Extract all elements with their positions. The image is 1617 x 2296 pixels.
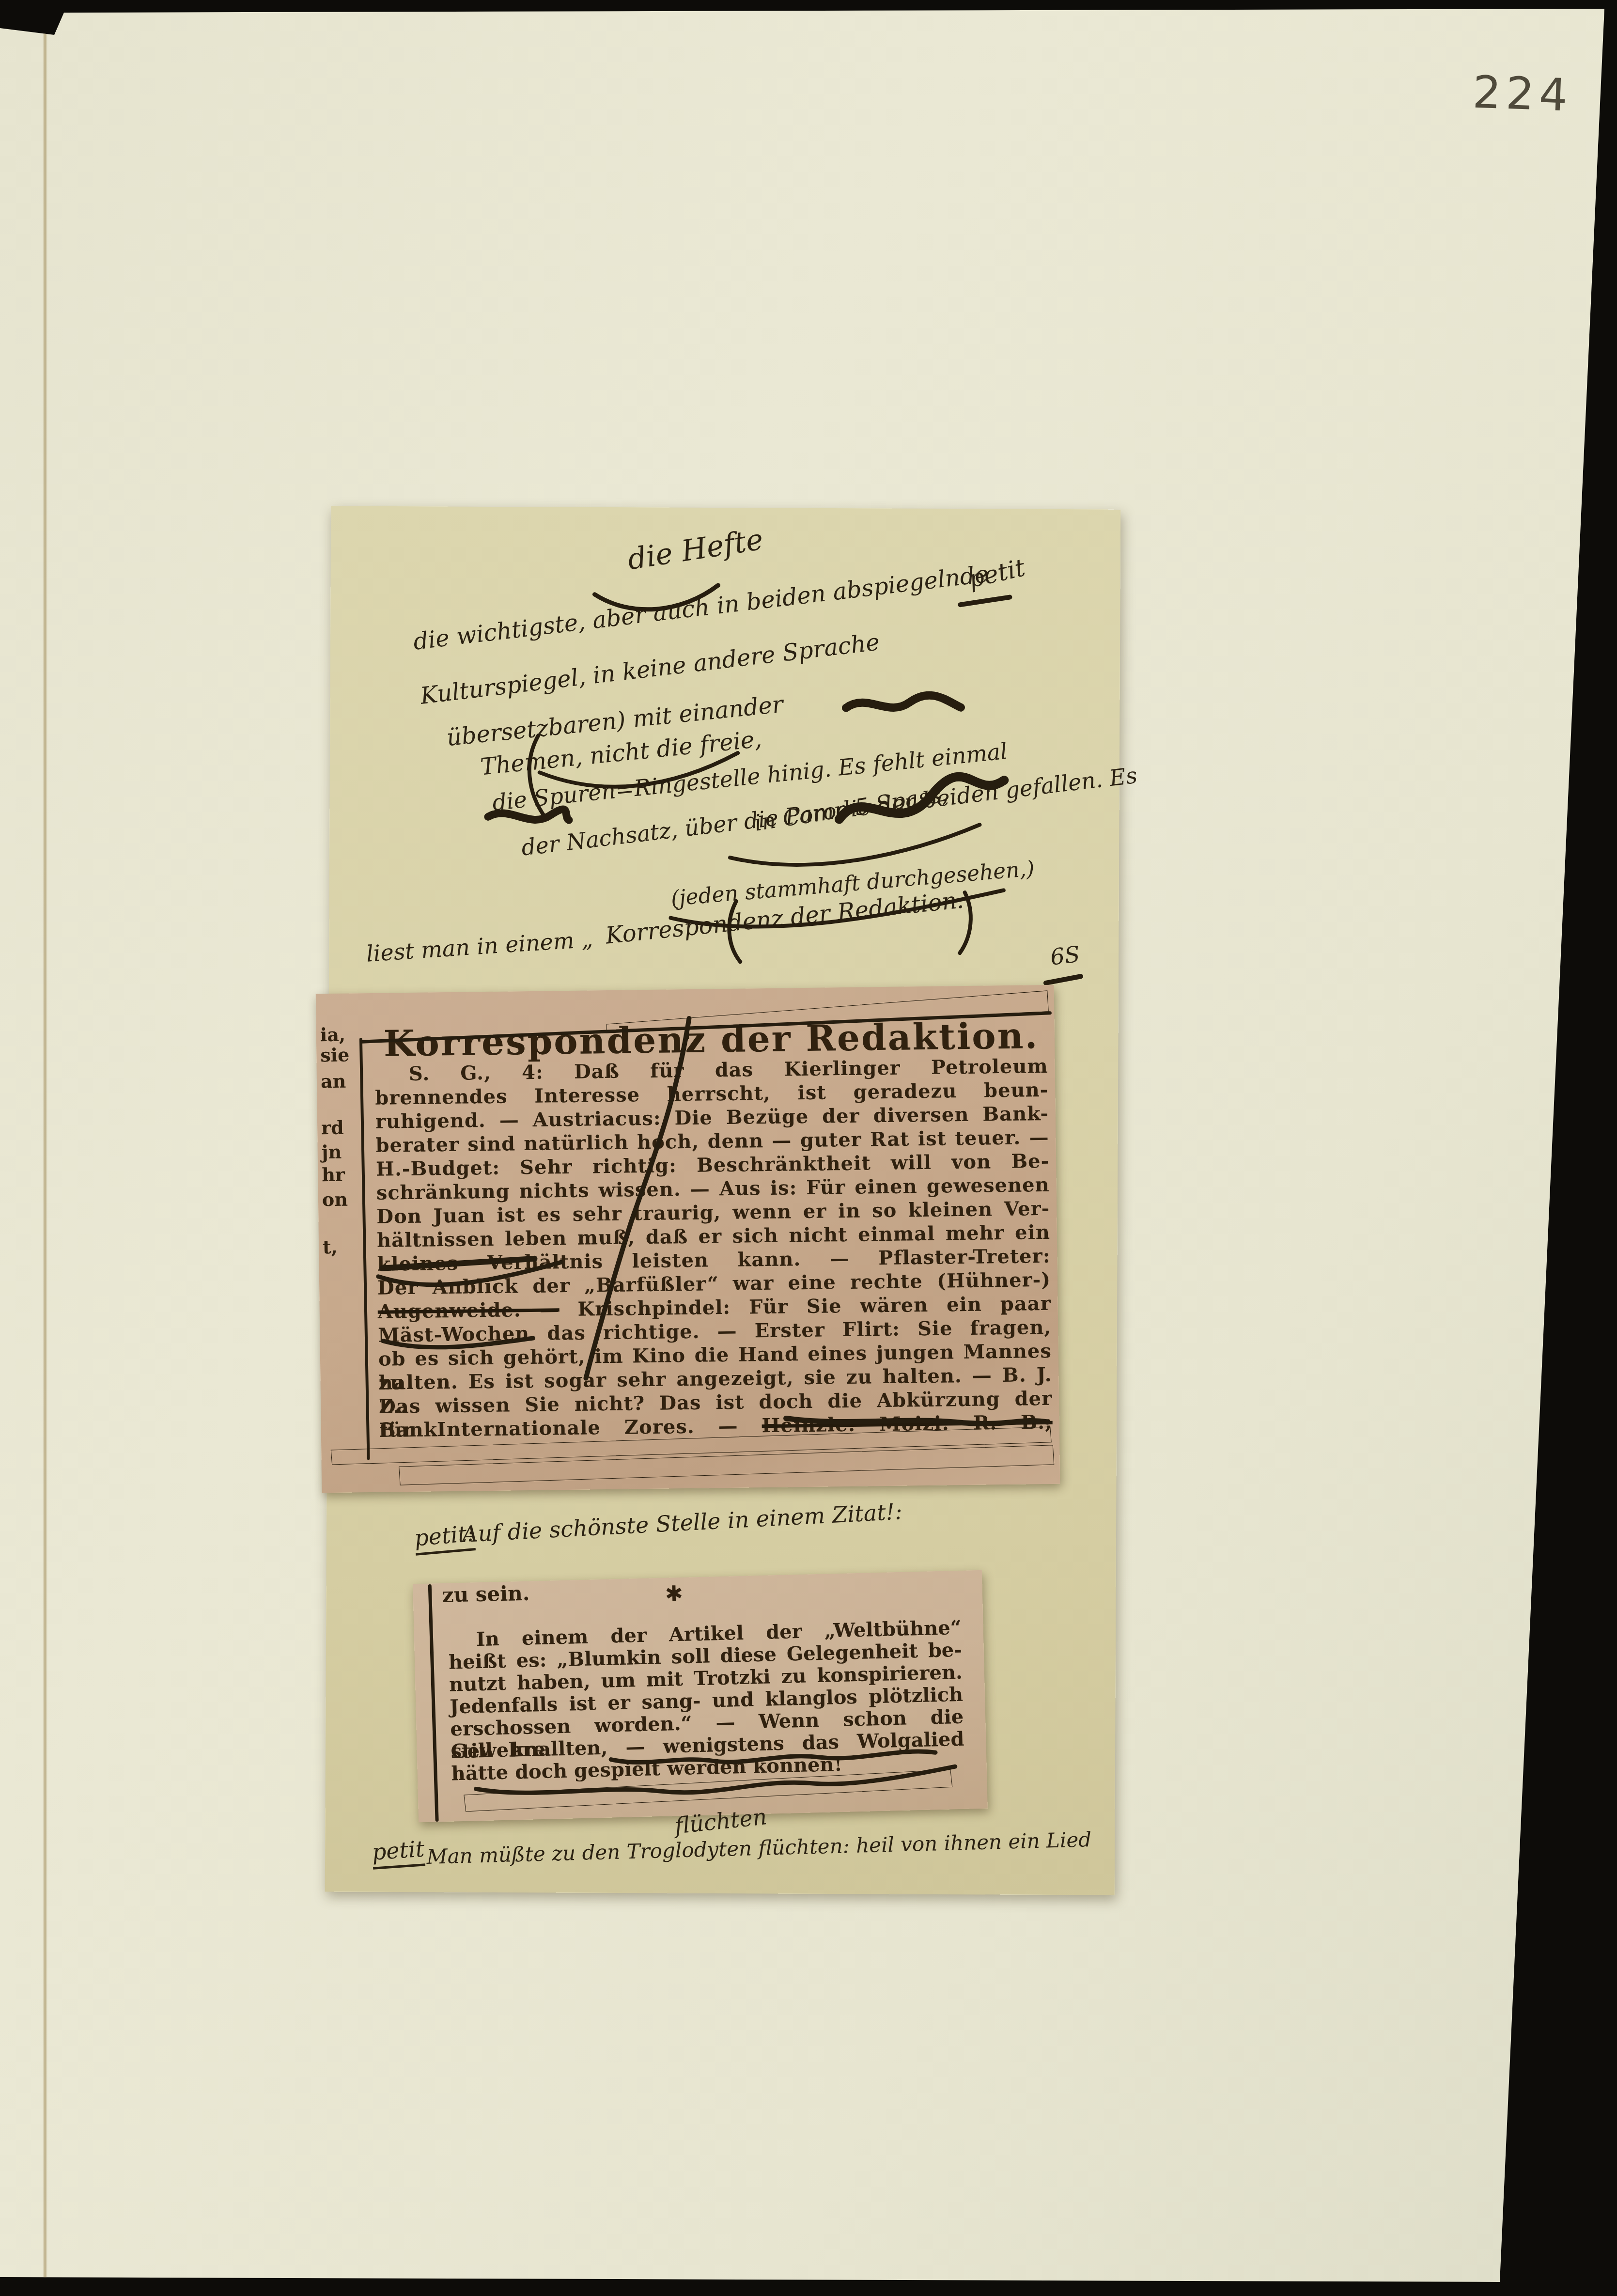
newspaper-clipping-weltbuehne: zu sein. ✱ In einem der Artikel der „Wel… — [413, 1570, 988, 1823]
margin-fragment: rd — [321, 1117, 344, 1139]
margin-fragment: sie — [320, 1044, 350, 1066]
page-number: 224 — [1472, 66, 1573, 121]
handwriting-line: liest man in einem „ — [365, 926, 593, 967]
clipping-body: S. G., 4: Daß für das Kierlinger Petrole… — [375, 1054, 1053, 1442]
book-page: 224 die Hefte petit die wichtigste, aber… — [0, 0, 1617, 2296]
page-gutter-crease — [43, 32, 47, 2280]
margin-fragment: hr — [322, 1164, 345, 1186]
margin-mark: 6S — [1049, 941, 1081, 970]
margin-fragment: jn — [321, 1141, 342, 1163]
margin-fragment: on — [322, 1188, 348, 1211]
petit-note-bottom: petit — [371, 1835, 425, 1869]
asterisk-divider: ✱ — [665, 1581, 683, 1607]
scanned-album-page: { "page": { "number": "224" }, "manuscri… — [0, 0, 1617, 2296]
newspaper-clipping-korrespondenz: Korrespondenz der Redaktion. ia, sie an … — [316, 985, 1060, 1493]
handwriting-line: die wichtigste, aber auch in beiden absp… — [412, 561, 990, 656]
clipping-fragment-line: zu sein. — [442, 1581, 530, 1607]
margin-fragment: t, — [323, 1236, 338, 1258]
margin-fragment: an — [321, 1070, 346, 1093]
margin-fragment: ia, — [320, 1024, 346, 1046]
clipping-body: In einem der Artikel der „Weltbühne“ hei… — [448, 1617, 965, 1785]
manuscript-title: die Hefte — [625, 522, 765, 577]
